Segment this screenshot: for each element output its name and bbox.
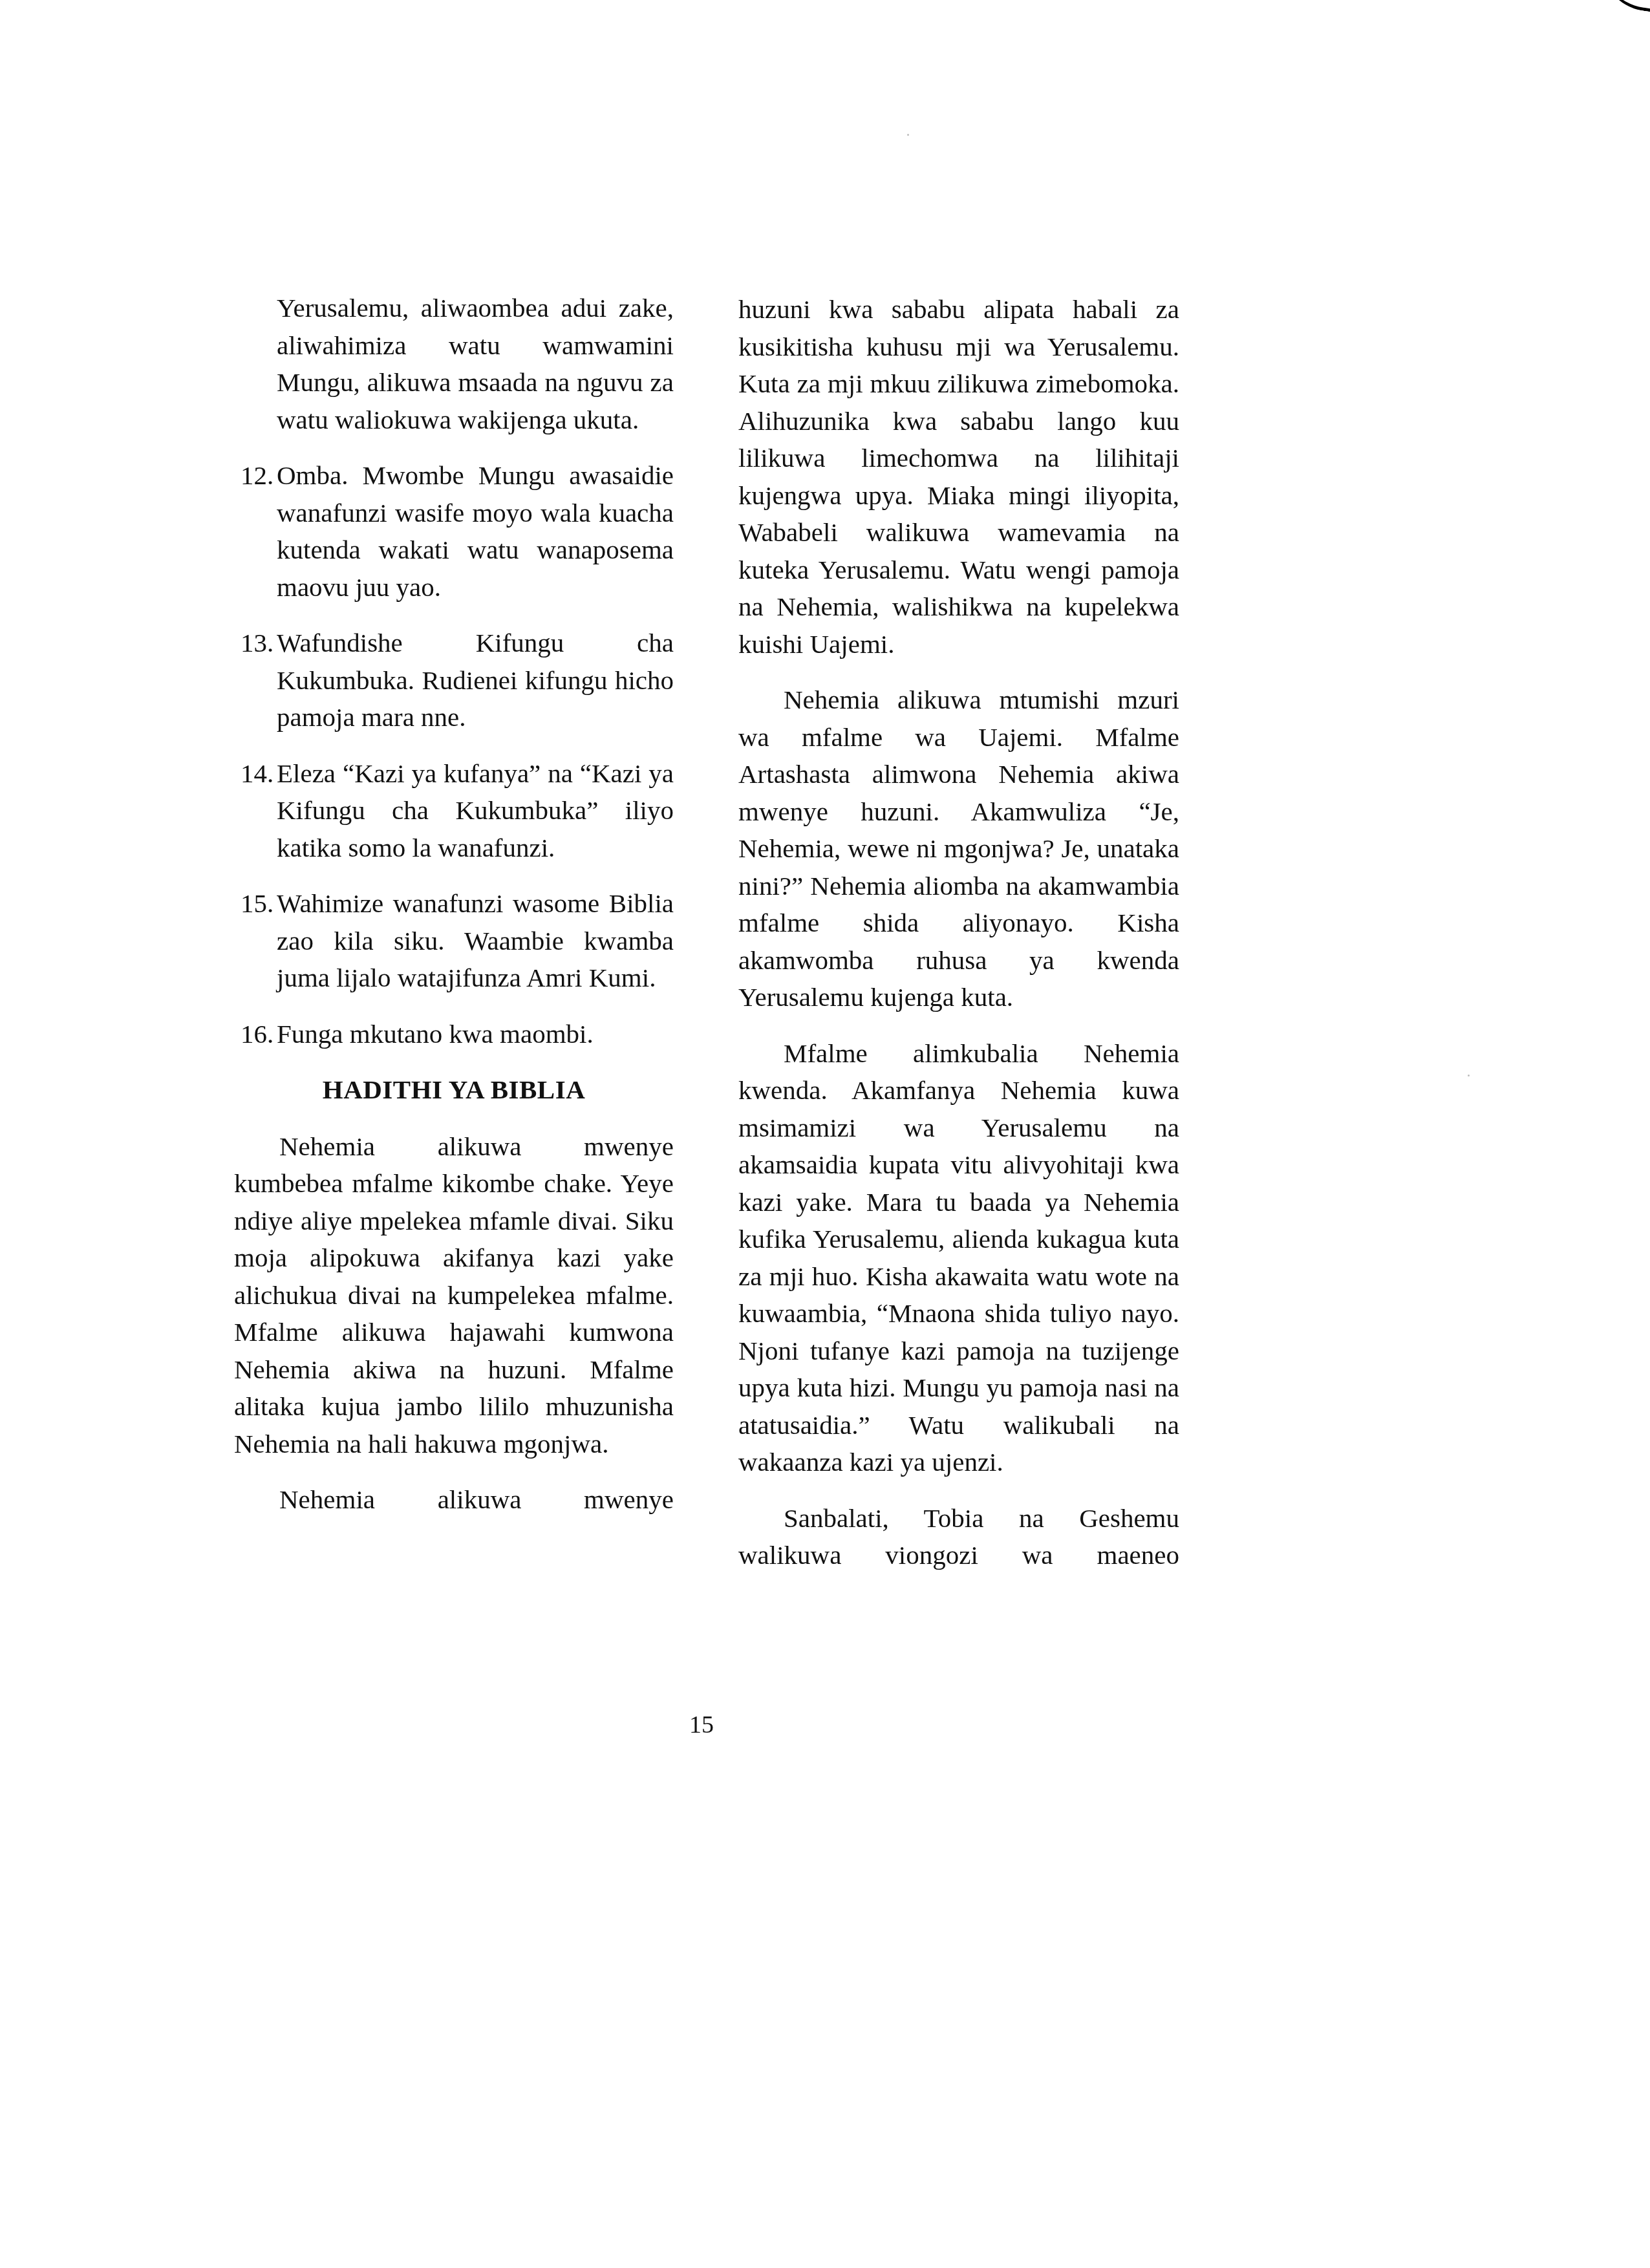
list-item-14: 14. Eleza “Kazi ya kufanya” na “Kazi ya … bbox=[234, 755, 674, 867]
list-item-text: Omba. Mwombe Mungu awasaidie wanafunzi w… bbox=[277, 460, 674, 602]
story-paragraph: Nehemia alikuwa mwenye bbox=[234, 1481, 674, 1519]
list-item-text: Funga mkutano kwa maombi. bbox=[277, 1019, 594, 1049]
story-paragraph: Nehemia alikuwa mwenye kumbebea mfalme k… bbox=[234, 1128, 674, 1463]
left-column: Yerusalemu, aliwaombea adui zake, aliwah… bbox=[234, 290, 674, 1537]
scan-speck bbox=[907, 134, 909, 136]
scan-speck bbox=[1468, 1075, 1470, 1076]
list-number: 15. bbox=[241, 885, 273, 923]
list-item-13: 13. Wafundishe Kifungu cha Kukumbuka. Ru… bbox=[234, 625, 674, 736]
page-number: 15 bbox=[689, 1711, 714, 1739]
list-number: 12. bbox=[241, 457, 273, 495]
scan-corner-mark bbox=[1595, 0, 1650, 15]
list-item-text: Wafundishe Kifungu cha Kukumbuka. Rudien… bbox=[277, 628, 674, 732]
story-paragraph: Mfalme alimkubalia Nehemia kwenda. Akamf… bbox=[738, 1035, 1179, 1481]
list-item-text: Eleza “Kazi ya kufanya” na “Kazi ya Kifu… bbox=[277, 758, 674, 862]
list-item-text: Wahimize wanafunzi wasome Biblia zao kil… bbox=[277, 888, 674, 992]
list-number: 16. bbox=[241, 1016, 273, 1053]
list-number: 14. bbox=[241, 755, 273, 793]
list-item-16: 16. Funga mkutano kwa maombi. bbox=[234, 1016, 674, 1053]
story-paragraph-continued: huzuni kwa sababu alipata habali za kusi… bbox=[738, 291, 1179, 663]
continued-list-text: Yerusalemu, aliwaombea adui zake, aliwah… bbox=[234, 290, 674, 438]
list-number: 13. bbox=[241, 625, 273, 662]
document-page: Yerusalemu, aliwaombea adui zake, aliwah… bbox=[0, 0, 1650, 2268]
list-item-12: 12. Omba. Mwombe Mungu awasaidie wanafun… bbox=[234, 457, 674, 606]
right-column: huzuni kwa sababu alipata habali za kusi… bbox=[738, 291, 1179, 1593]
list-item-15: 15. Wahimize wanafunzi wasome Biblia zao… bbox=[234, 885, 674, 997]
story-paragraph: Sanbalati, Tobia na Geshemu walikuwa vio… bbox=[738, 1500, 1179, 1574]
section-heading: HADITHI YA BIBLIA bbox=[234, 1071, 674, 1109]
story-paragraph: Nehemia alikuwa mtumishi mzuri wa mfalme… bbox=[738, 681, 1179, 1016]
